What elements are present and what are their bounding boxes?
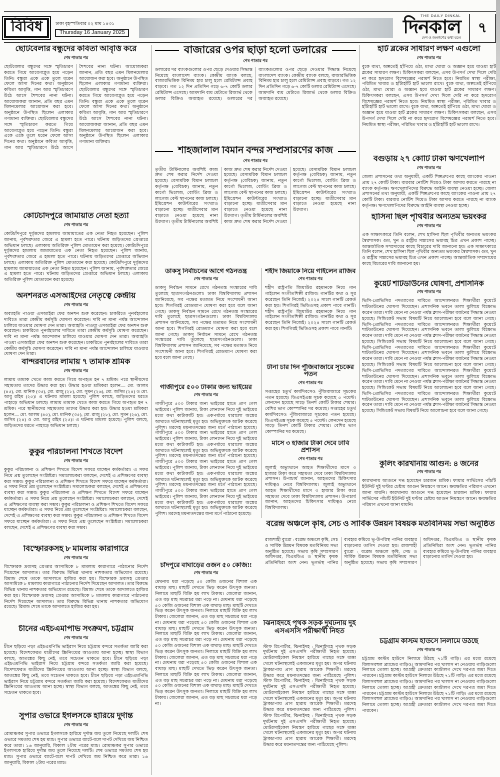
continued-from-marker: শেষ পাতার পর <box>155 276 257 283</box>
continued-from-marker: শেষ পাতার পর <box>4 722 148 729</box>
article-body: ডাকসু নির্বাচন সামনে রেখে গঠনতন্ত্র সংস্… <box>155 285 257 360</box>
headline: মাসে ৩ হাজার টাকা দেবে ঢাবি প্রশাসন <box>265 440 356 455</box>
article-ducsu-constitution: ডাকসু নির্বাচনের আগে গঠনতন্ত্র শেষ পাতার… <box>155 268 257 382</box>
article-poetry: ছোটবেলার বন্ধুদের কবিতা আবৃত্তি করে শেষ … <box>4 45 148 210</box>
continued-from-marker: শেষ পাতার পর <box>362 647 496 654</box>
continued-from-marker: শেষ পাতার পর <box>4 222 148 229</box>
continued-from-marker: শেষ পাতার পর <box>155 58 356 65</box>
continued-from-marker: শেষ পাতার পর <box>362 289 496 296</box>
article-gazipur-brothers: গাজীপুরে ৫০০ টাকার জন্য ভাইয়ের শেষ পাতা… <box>155 384 257 560</box>
headline: বগুড়ায় ২৭ কোটি টাকা ঋণখেলাপি <box>362 155 496 164</box>
newspaper-page: বিবিধ ঢাকা বৃহস্পতিবার ০২ মাঘ ১৪৩১ Thurs… <box>0 0 500 777</box>
scan-edge-shadow <box>496 0 500 120</box>
article-heart-block: হার্ট ব্লকের সাধারণ লক্ষণ এগুলো শেষ পাতা… <box>362 45 496 153</box>
article-body: এক সাক্ষাৎকারে তিনি বলেন, শেখ হাসিনা ছিল… <box>362 232 496 267</box>
dateline: ঢাকা বৃহস্পতিবার ০২ মাঘ ১৪৩১ Thursday 16… <box>55 20 128 37</box>
continued-from-marker: শেষ পাতার পর <box>155 158 356 165</box>
continued-from-marker: শেষ পাতার পর <box>362 55 496 62</box>
article-body: জেলা প্রশাসনের তথ্য অনুযায়ী, একটি শিল্প… <box>362 174 496 209</box>
headline: সুপার ওভারে ইগলসকে হারিয়ে দুর্দান্ত <box>4 712 148 721</box>
column-divider <box>261 268 262 518</box>
header-gradient-strip <box>139 18 393 38</box>
headline: চীনের এইচএমপিভি সংক্রমণ, চট্টগ্রাম <box>4 625 148 634</box>
article-borendro-meeting: বরেন্দ্র অঞ্চলে কৃষি, সেচ ও সার্বিক উন্ন… <box>265 520 496 616</box>
headline: ডাকসু নির্বাচনের আগে গঠনতন্ত্র <box>155 268 257 275</box>
continued-from-marker: শেষ পাতার পর <box>4 458 148 465</box>
article-body: কোটচাঁদপুরে দুর্বৃত্তদের হামলায় জামায়া… <box>4 231 148 283</box>
article-airport-expansion: শাহজালাল বিমান বন্দর সম্প্রসারণের কাজ শে… <box>155 146 356 264</box>
article-body: ভিসি-প্রোভিসির পদত্যাগের দাবিতে আন্দোলনর… <box>362 298 496 414</box>
continued-from-marker: শেষ পাতার পর <box>362 469 496 476</box>
continued-from-marker: শেষ পাতার পর <box>362 165 496 172</box>
article-body: তৃতীয় টার্মিনালের অবশিষ্ট কাজ দ্রুত শেষ… <box>155 167 356 225</box>
column-divider <box>151 45 152 775</box>
article-body: চীনে ছড়িয়ে পড়া এইচএমপিভি ভাইরাস নিয়ে… <box>4 644 148 696</box>
continued-from-marker: শেষ পাতার পর <box>265 456 356 463</box>
headline: হার্ট ব্লকের সাধারণ লক্ষণ এগুলো <box>362 45 496 54</box>
headline: কুয়েট শাটডাউনের ঘোষণা, প্রশাসনিক <box>362 280 496 288</box>
article-customs-auction: চট্টগ্রাম কাস্টম হাউসে নিলামে উঠছে শেষ প… <box>362 638 496 775</box>
headline: বরেন্দ্র অঞ্চলে কৃষি, সেচ ও সার্বিক উন্ন… <box>265 520 496 529</box>
continued-from-marker: শেষ পাতার পর <box>4 368 148 375</box>
page-number: ৭ <box>469 14 496 42</box>
article-body: রোমাঞ্চকর সুপার ওভারে ইগলসকে হারিয়ে দুর… <box>4 731 148 766</box>
top-rule <box>4 11 496 12</box>
article-body: সপ্তাহের চতুর্থ কার্যদিবসেও পুঁজিবাজারে … <box>265 389 356 435</box>
article-body: মেঘনায় ধরা পড়েছে ৫০ কেজি ওজনের বিশাল এ… <box>155 579 257 706</box>
article-si-hunger-strike: অনশনরত এসআইদের নেতৃত্বে কেন্দ্রীয় শেষ প… <box>4 292 148 356</box>
article-baghair-fish: চাঁদপুরে বাঘাড়ের ওজন ৫০ কেজি!! শেষ পাতা… <box>155 562 257 774</box>
article-body: স্টাফ রিপোর্টার, ঝিনাইদহ : ঝিনাইদহে পৃথক… <box>263 644 356 748</box>
article-zia-song: শহীদ জিয়াকে নিয়ে গাইলেন রাজিব শেষ পাতা… <box>265 268 356 362</box>
article-body: অব্যাহতি পাওয়া এসআইরা ফের অনশন শুরু করে… <box>4 311 148 356</box>
article-body: জুলাই অভ্যুত্থানে আহত শিক্ষার্থীদের মাসে… <box>265 465 356 511</box>
continued-from-marker: শেষ পাতার পর <box>362 223 496 230</box>
continued-from-marker: শেষ পাতার পর <box>4 55 148 62</box>
continued-from-marker: শেষ পাতার পর <box>4 555 148 562</box>
brand-name: দিনকাল <box>403 18 461 37</box>
continued-from-marker: শেষ পাতার পর <box>265 380 356 387</box>
article-tobacco-workers: বান্দরবানের লামায় ৭ তামাক শ্রমিক শেষ পা… <box>4 358 148 446</box>
headline: শহীদ জিয়াকে নিয়ে গাইলেন রাজিব <box>265 268 356 275</box>
headline: টানা চার দিন পুঁজিবাজারে সূচকের পতন <box>265 364 356 379</box>
headline: অনশনরত এসআইদের নেতৃত্বে কেন্দ্রীয় <box>4 292 148 301</box>
headline: বান্দরবানের লামায় ৭ তামাক শ্রমিক <box>4 358 148 367</box>
headline: কোটচাঁদপুরে জামায়াত নেতা হত্যা <box>4 212 148 221</box>
dinkal-logo: THE DAILY DINKAL দিনকাল দেশ ও জনগণের কথা… <box>403 15 461 41</box>
article-body: চট্টগ্রাম কাস্টম হাউসে নিলামে উঠছে ৭১টি … <box>362 656 496 714</box>
article-dollar-market: বাজারের ওপর ছাড়া হলো ডলারের শেষ পাতার প… <box>155 45 356 144</box>
article-body: রাজশাহী ব্যুরো : বরেন্দ্র অঞ্চলে কৃষি, স… <box>265 537 496 566</box>
column-divider <box>359 45 360 518</box>
headline: চট্টগ্রাম কাস্টম হাউসে নিলামে উঠছে <box>362 638 496 646</box>
date-bangla: ঢাকা বৃহস্পতিবার ০২ মাঘ ১৪৩১ <box>55 20 128 28</box>
article-body: শহীদ রাষ্ট্রপতি জিয়াউর রহমানকে নিয়ে গা… <box>265 285 356 331</box>
headline: বিস্ফোরকসহ ৮ মামলায় কারাগারে <box>4 545 148 554</box>
headline: কুকুর পরিচালনা শিখতে বিদেশ <box>4 448 148 457</box>
article-kuet-shutdown: কুয়েট শাটডাউনের ঘোষণা, প্রশাসনিক শেষ পা… <box>362 280 496 458</box>
headline: ছোটবেলার বন্ধুদের কবিতা আবৃত্তি করে <box>4 45 148 54</box>
brand-tagline: দেশ ও জনগণের কথা বলে <box>422 37 461 41</box>
article-du-stipend: মাসে ৩ হাজার টাকা দেবে ঢাবি প্রশাসন শেষ … <box>265 440 356 518</box>
article-jamaat-leader-killed: কোটচাঁদপুরে জামায়াত নেতা হত্যা শেষ পাতা… <box>4 212 148 290</box>
headline: বাজারের ওপর ছাড়া হলো ডলারের <box>155 45 356 57</box>
article-factory-fire: কুলিং কারখানায় আগুন: ৪ জনের শেষ পাতার প… <box>362 460 496 518</box>
headline: গাজীপুরে ৫০০ টাকার জন্য ভাইয়ের <box>155 384 257 391</box>
headline: ঝিনাইদহে পৃথক সড়ক দুর্ঘটনায় দুই এসএসসি… <box>263 620 356 636</box>
continued-from-marker: শেষ পাতার পর <box>265 276 356 283</box>
article-jhenaidah-accident: ঝিনাইদহে পৃথক সড়ক দুর্ঘটনায় দুই এসএসসি… <box>263 620 356 775</box>
article-body: ডলারের দর ব্যাংকগুলোর ওপর ছেড়ে দেওয়ার … <box>155 67 356 102</box>
article-body: কুকুর পরিচালনা ও প্রশিক্ষণ শিখতে বিদেশ স… <box>4 467 148 531</box>
headline: শাহজালাল বিমান বন্দর সম্প্রসারণের কাজ <box>155 146 356 157</box>
section-masthead: বিবিধ <box>4 18 49 38</box>
headline: চাঁদপুরে বাঘাড়ের ওজন ৫০ কেজি!! <box>155 562 257 569</box>
continued-from-marker <box>263 637 356 642</box>
article-stock-market-fall: টানা চার দিন পুঁজিবাজারে সূচকের পতন শেষ … <box>265 364 356 438</box>
continued-from-marker: শেষ পাতার পর <box>4 635 148 642</box>
continued-from-marker: শেষ পাতার পর <box>4 302 148 309</box>
headline: হাসিনা ছিল পৃথিবীর অন্যতম ভয়ংকর <box>362 213 496 222</box>
article-hasina-dangerous: হাসিনা ছিল পৃথিবীর অন্যতম ভয়ংকর শেষ পাত… <box>362 213 496 278</box>
page-header: বিবিধ ঢাকা বৃহস্পতিবার ০২ মাঘ ১৪৩১ Thurs… <box>4 14 496 43</box>
article-hmpv-chattogram: চীনের এইচএমপিভি সংক্রমণ, চট্টগ্রাম শেষ প… <box>4 625 148 710</box>
article-loan-default-bogura: বগুড়ায় ২৭ কোটি টাকা ঋণখেলাপি শেষ পাতার… <box>362 155 496 211</box>
article-body: বুকে ব্যথা, অল্পতেই হাঁপিয়ে ওঠা, মাথা ঘ… <box>362 64 496 128</box>
continued-from-marker: শেষ পাতার পর <box>155 570 257 577</box>
article-body: গাজীপুরে ৫০০ টাকার জন্য ভাইয়ের হাতে প্র… <box>155 401 257 517</box>
article-body: কারখানায় আগুনে দগ্ধ হয়েছেন চারজন শ্রমি… <box>362 478 496 507</box>
article-dog-training-abroad: কুকুর পরিচালনা শিখতে বিদেশ শেষ পাতার পর … <box>4 448 148 543</box>
article-body: ছোটবেলার বন্ধুদের সঙ্গে স্মৃতিচারণ করতে … <box>4 64 148 151</box>
continued-from-marker <box>265 530 496 535</box>
article-explosives-jail: বিস্ফোরকসহ ৮ মামলায় কারাগারে শেষ পাতার … <box>4 545 148 623</box>
article-body: বিস্ফোরক দ্রব্যসহ গ্রেপ্তার আসামিকে ৮ মা… <box>4 564 148 610</box>
article-super-over-win: সুপার ওভারে ইগলসকে হারিয়ে দুর্দান্ত শেষ… <box>4 712 148 774</box>
article-body: লামায় তামাক খেতে কাজ করতে গিয়ে অপহৃত হ… <box>4 377 148 429</box>
headline: কুলিং কারখানায় আগুন: ৪ জনের <box>362 460 496 468</box>
continued-from-marker: শেষ পাতার পর <box>155 392 257 399</box>
date-english: Thursday 16 January 2025 <box>55 29 128 37</box>
